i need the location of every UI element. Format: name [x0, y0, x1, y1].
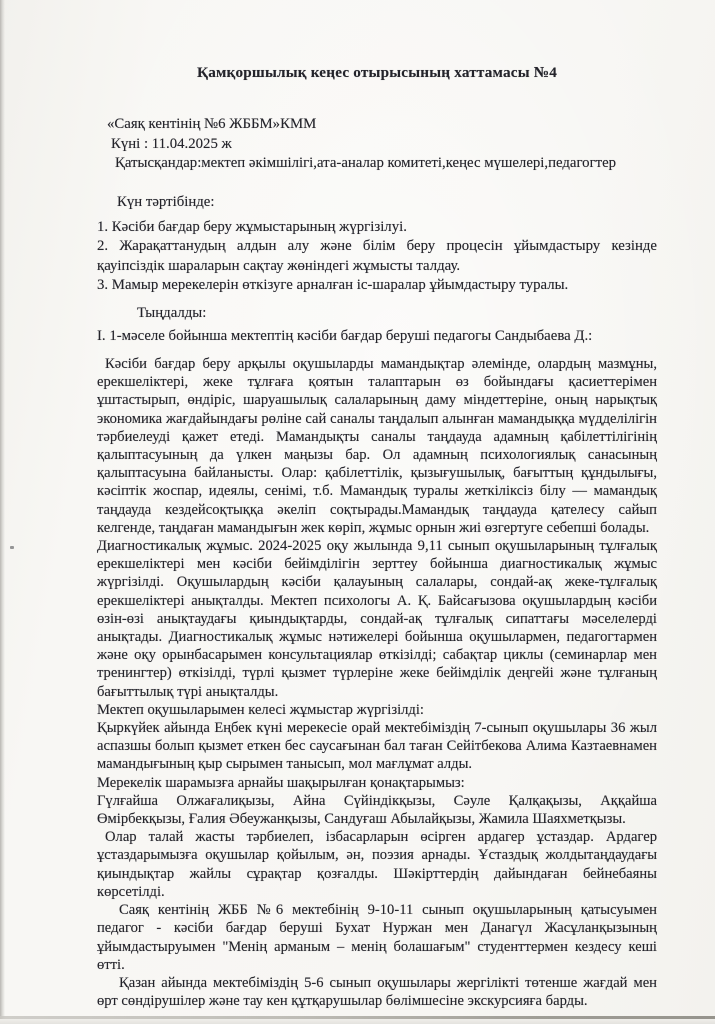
scanned-document-page: Қамқоршылық кеңес отырысының хаттамасы №…: [0, 0, 715, 1024]
meta-block: «Саяқ кентінің №6 ЖББМ»КММ Күні : 11.04.…: [97, 115, 657, 174]
body-paragraph-profession-orientation: Кәсіби бағдар беру арқылы оқушыларды мам…: [97, 355, 657, 537]
body-paragraph-october-excursion: Қазан айында мектебіміздің 5-6 сынып оқу…: [97, 974, 657, 1010]
body-paragraph-diagnostics: Диагностикалық жұмыс. 2024-2025 оқу жылы…: [97, 537, 657, 701]
organization-line: «Саяқ кентінің №6 ЖББМ»КММ: [107, 115, 657, 135]
agenda-list: 1. Кәсіби бағдар беру жұмыстарының жүргі…: [97, 218, 657, 296]
body-paragraph-veteran-teachers: Олар талай жасты тәрбиелеп, ізбасарларын…: [97, 828, 657, 901]
speaker-line: І. 1-мәселе бойынша мектептің кәсіби бағ…: [97, 327, 657, 347]
body-paragraph-guest-names: Гүлғайша Олжағалиқызы, Айна Сүйіндікқызы…: [97, 792, 657, 828]
body-paragraph-student-meeting: Саяқ кентінің ЖББ №6 мектебінің 9-10-11 …: [97, 901, 657, 974]
document-title: Қамқоршылық кеңес отырысының хаттамасы №…: [97, 64, 657, 82]
participants-line: Қатысқандар:мектеп әкімшілігі,ата-аналар…: [115, 154, 657, 174]
scan-edge-bottom: [0, 1016, 715, 1019]
agenda-heading: Күн тәртібінде:: [117, 194, 657, 211]
body-paragraph-september-event: Қыркүйек айында Еңбек күні мерекесіе ора…: [97, 719, 657, 774]
scan-edge-left: [0, 0, 5, 1024]
body-line-works-conducted: Мектеп оқушыларымен келесі жұмыстар жүрг…: [97, 701, 657, 719]
heard-heading: Тыңдалды:: [137, 305, 657, 322]
document-content: Қамқоршылық кеңес отырысының хаттамасы №…: [97, 64, 657, 1010]
agenda-item-3: 3. Мамыр мерекелерін өткізуге арналған і…: [97, 276, 657, 296]
body-line-invited-guests: Мерекелік шарамызға арнайы шақырылған қо…: [97, 774, 657, 792]
scan-edge-bottom-shade: [0, 1019, 715, 1024]
agenda-item-2: 2. Жарақаттанудың алдын алу және білім б…: [97, 237, 657, 276]
scan-artifact-speck: [10, 546, 14, 549]
agenda-item-1: 1. Кәсіби бағдар беру жұмыстарының жүргі…: [97, 218, 657, 238]
date-line: Күні : 11.04.2025 ж: [111, 135, 657, 155]
body-text: Кәсіби бағдар беру арқылы оқушыларды мам…: [97, 355, 657, 1010]
